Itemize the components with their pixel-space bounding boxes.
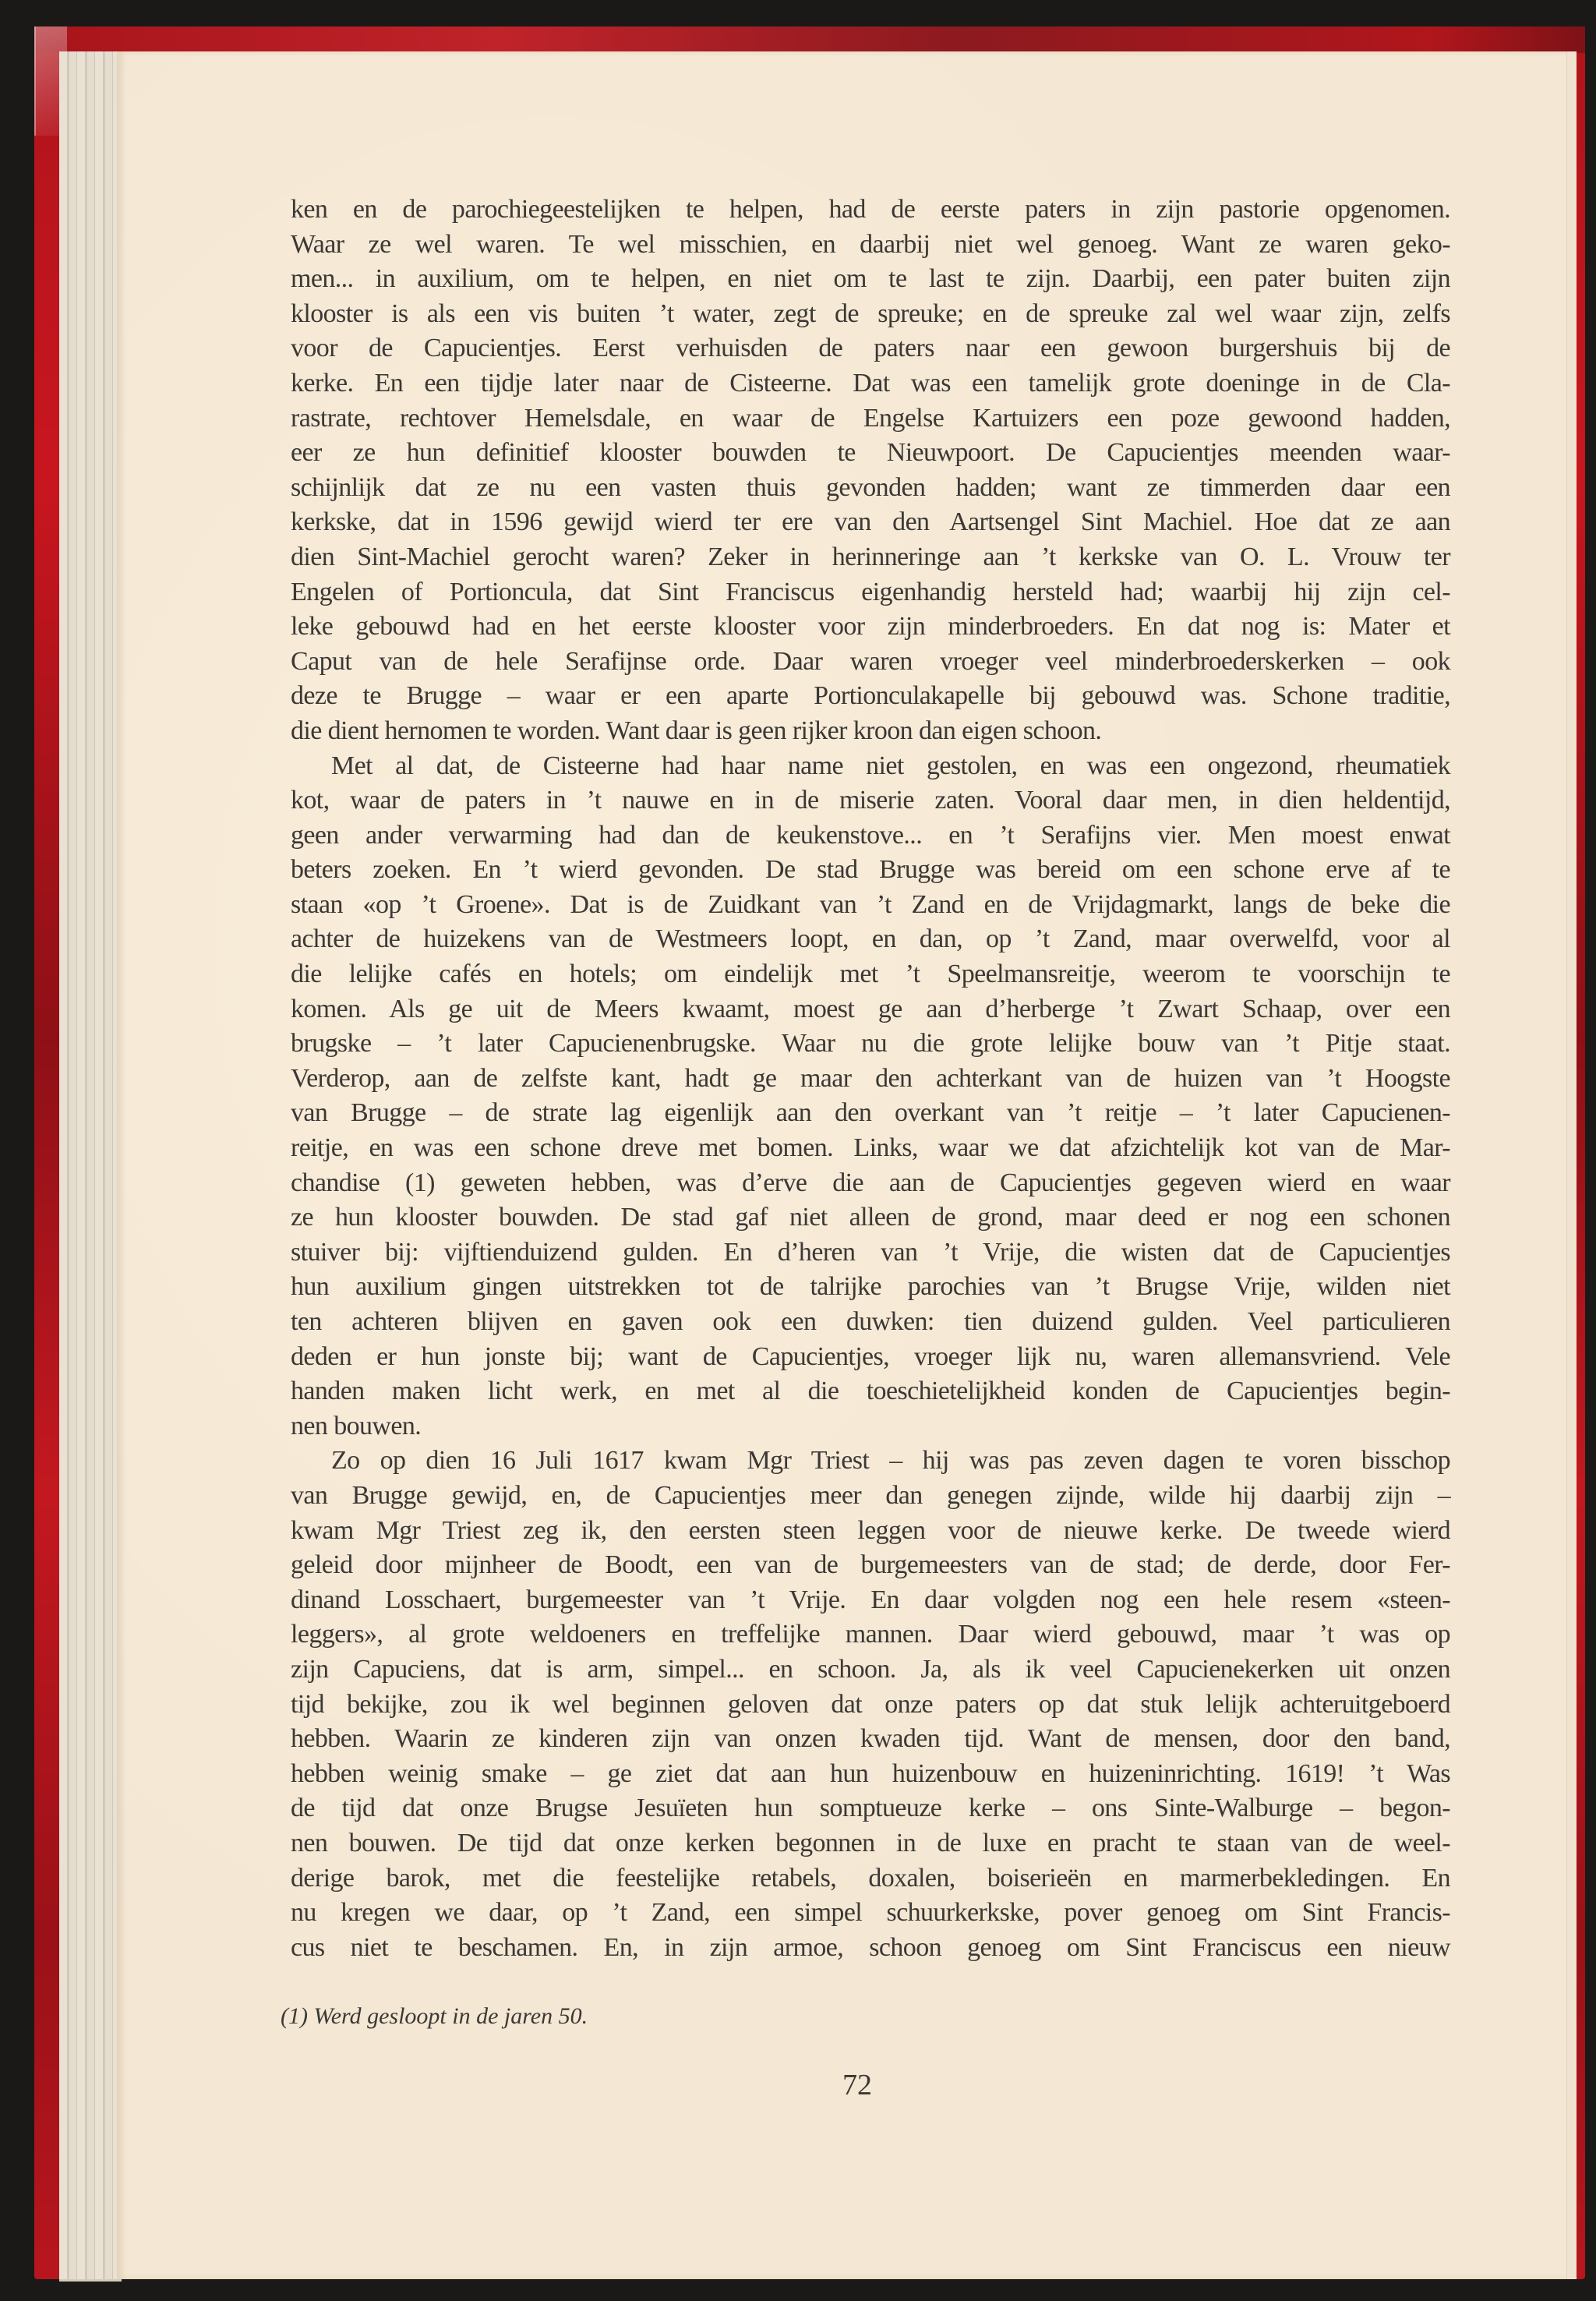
text-line: kot, waar de paters in ’t nauwe en in de… [291, 783, 1450, 818]
text-line: Met al dat, de Cisteerne had haar name n… [291, 749, 1450, 784]
book-cover-top-edge [34, 27, 1585, 53]
text-line: die dient hernomen te worden. Want daar … [291, 714, 1450, 749]
text-line: men... in auxilium, om te helpen, en nie… [291, 262, 1450, 297]
text-line: hun auxilium gingen uitstrekken tot de t… [291, 1270, 1450, 1305]
text-line: Engelen of Portioncula, dat Sint Francis… [291, 575, 1450, 610]
text-line: staan «op ’t Groene». Dat is de Zuidkant… [291, 888, 1450, 923]
text-line: chandise (1) geweten hebben, was d’erve … [291, 1166, 1450, 1201]
text-line: brugske – ’t later Capucienenbrugske. Wa… [291, 1027, 1450, 1062]
text-line: dinand Losschaert, burgemeester van ’t V… [291, 1583, 1450, 1618]
text-line: nu kregen we daar, op ’t Zand, een simpe… [291, 1896, 1450, 1931]
page-number: 72 [826, 2068, 888, 2102]
text-line: kerke. En een tijdje later naar de Ciste… [291, 366, 1450, 401]
text-line: Verderop, aan de zelfste kant, hadt ge m… [291, 1062, 1450, 1097]
text-line: hebben weinig smake – ge ziet dat aan hu… [291, 1757, 1450, 1792]
text-line: Waar ze wel waren. Te wel misschien, en … [291, 228, 1450, 263]
text-line: geen ander verwarming had dan de keukens… [291, 818, 1450, 854]
text-line: deze te Brugge – waar er een aparte Port… [291, 679, 1450, 714]
text-line: derige barok, met die feestelijke retabe… [291, 1861, 1450, 1896]
text-line: Zo op dien 16 Juli 1617 kwam Mgr Triest … [291, 1444, 1450, 1479]
page-right-edge [1566, 51, 1577, 2279]
text-line: kerkske, dat in 1596 gewijd wierd ter er… [291, 505, 1450, 540]
text-line: leggers», al grote weldoeners en treffel… [291, 1617, 1450, 1652]
text-line: rastrate, rechtover Hemelsdale, en waar … [291, 401, 1450, 437]
text-line: ze hun klooster bouwden. De stad gaf nie… [291, 1200, 1450, 1235]
text-line: van Brugge gewijd, en, de Capucientjes m… [291, 1479, 1450, 1514]
text-line: hebben. Waarin ze kinderen zijn van onze… [291, 1722, 1450, 1757]
text-line: cus niet te beschamen. En, in zijn armoe… [291, 1931, 1450, 1966]
text-line: schijnlijk dat ze nu een vasten thuis ge… [291, 471, 1450, 506]
text-line: deden er hun jonste bij; want de Capucie… [291, 1340, 1450, 1375]
text-line: dien Sint-Machiel gerocht waren? Zeker i… [291, 540, 1450, 575]
footnote: (1) Werd gesloopt in de jaren 50. [281, 2003, 588, 2030]
text-line: klooster is als een vis buiten ’t water,… [291, 297, 1450, 332]
text-line: ten achteren blijven en gaven ook een du… [291, 1305, 1450, 1340]
text-line: eer ze hun definitief klooster bouwden t… [291, 436, 1450, 471]
text-line: achter de huizekens van de Westmeers loo… [291, 922, 1450, 957]
text-line: kwam Mgr Triest zeg ik, den eersten stee… [291, 1514, 1450, 1549]
text-line: ken en de parochiegeestelijken te helpen… [291, 193, 1450, 228]
text-line: voor de Capucientjes. Eerst verhuisden d… [291, 331, 1450, 366]
text-line: nen bouwen. [291, 1409, 1450, 1444]
text-line: handen maken licht werk, en met al die t… [291, 1374, 1450, 1409]
text-line: komen. Als ge uit de Meers kwaamt, moest… [291, 992, 1450, 1027]
text-line: leke gebouwd had en het eerste klooster … [291, 610, 1450, 645]
text-line: stuiver bij: vijftienduizend gulden. En … [291, 1235, 1450, 1271]
text-line: reitje, en was een schone dreve met bome… [291, 1131, 1450, 1166]
page-stack-edges [59, 51, 122, 2282]
body-text: ken en de parochiegeestelijken te helpen… [291, 193, 1450, 1965]
text-line: tijd bekijke, zou ik wel beginnen gelove… [291, 1688, 1450, 1723]
text-line: de tijd dat onze Brugse Jesuïeten hun so… [291, 1791, 1450, 1826]
text-line: die lelijke cafés en hotels; om eindelij… [291, 957, 1450, 992]
text-line: geleid door mijnheer de Boodt, een van d… [291, 1548, 1450, 1583]
text-line: beters zoeken. En ’t wierd gevonden. De … [291, 853, 1450, 888]
text-line: van Brugge – de strate lag eigenlijk aan… [291, 1096, 1450, 1131]
text-line: zijn Capuciens, dat is arm, simpel... en… [291, 1652, 1450, 1688]
text-line: Caput van de hele Serafijnse orde. Daar … [291, 645, 1450, 680]
text-line: nen bouwen. De tijd dat onze kerken bego… [291, 1826, 1450, 1861]
